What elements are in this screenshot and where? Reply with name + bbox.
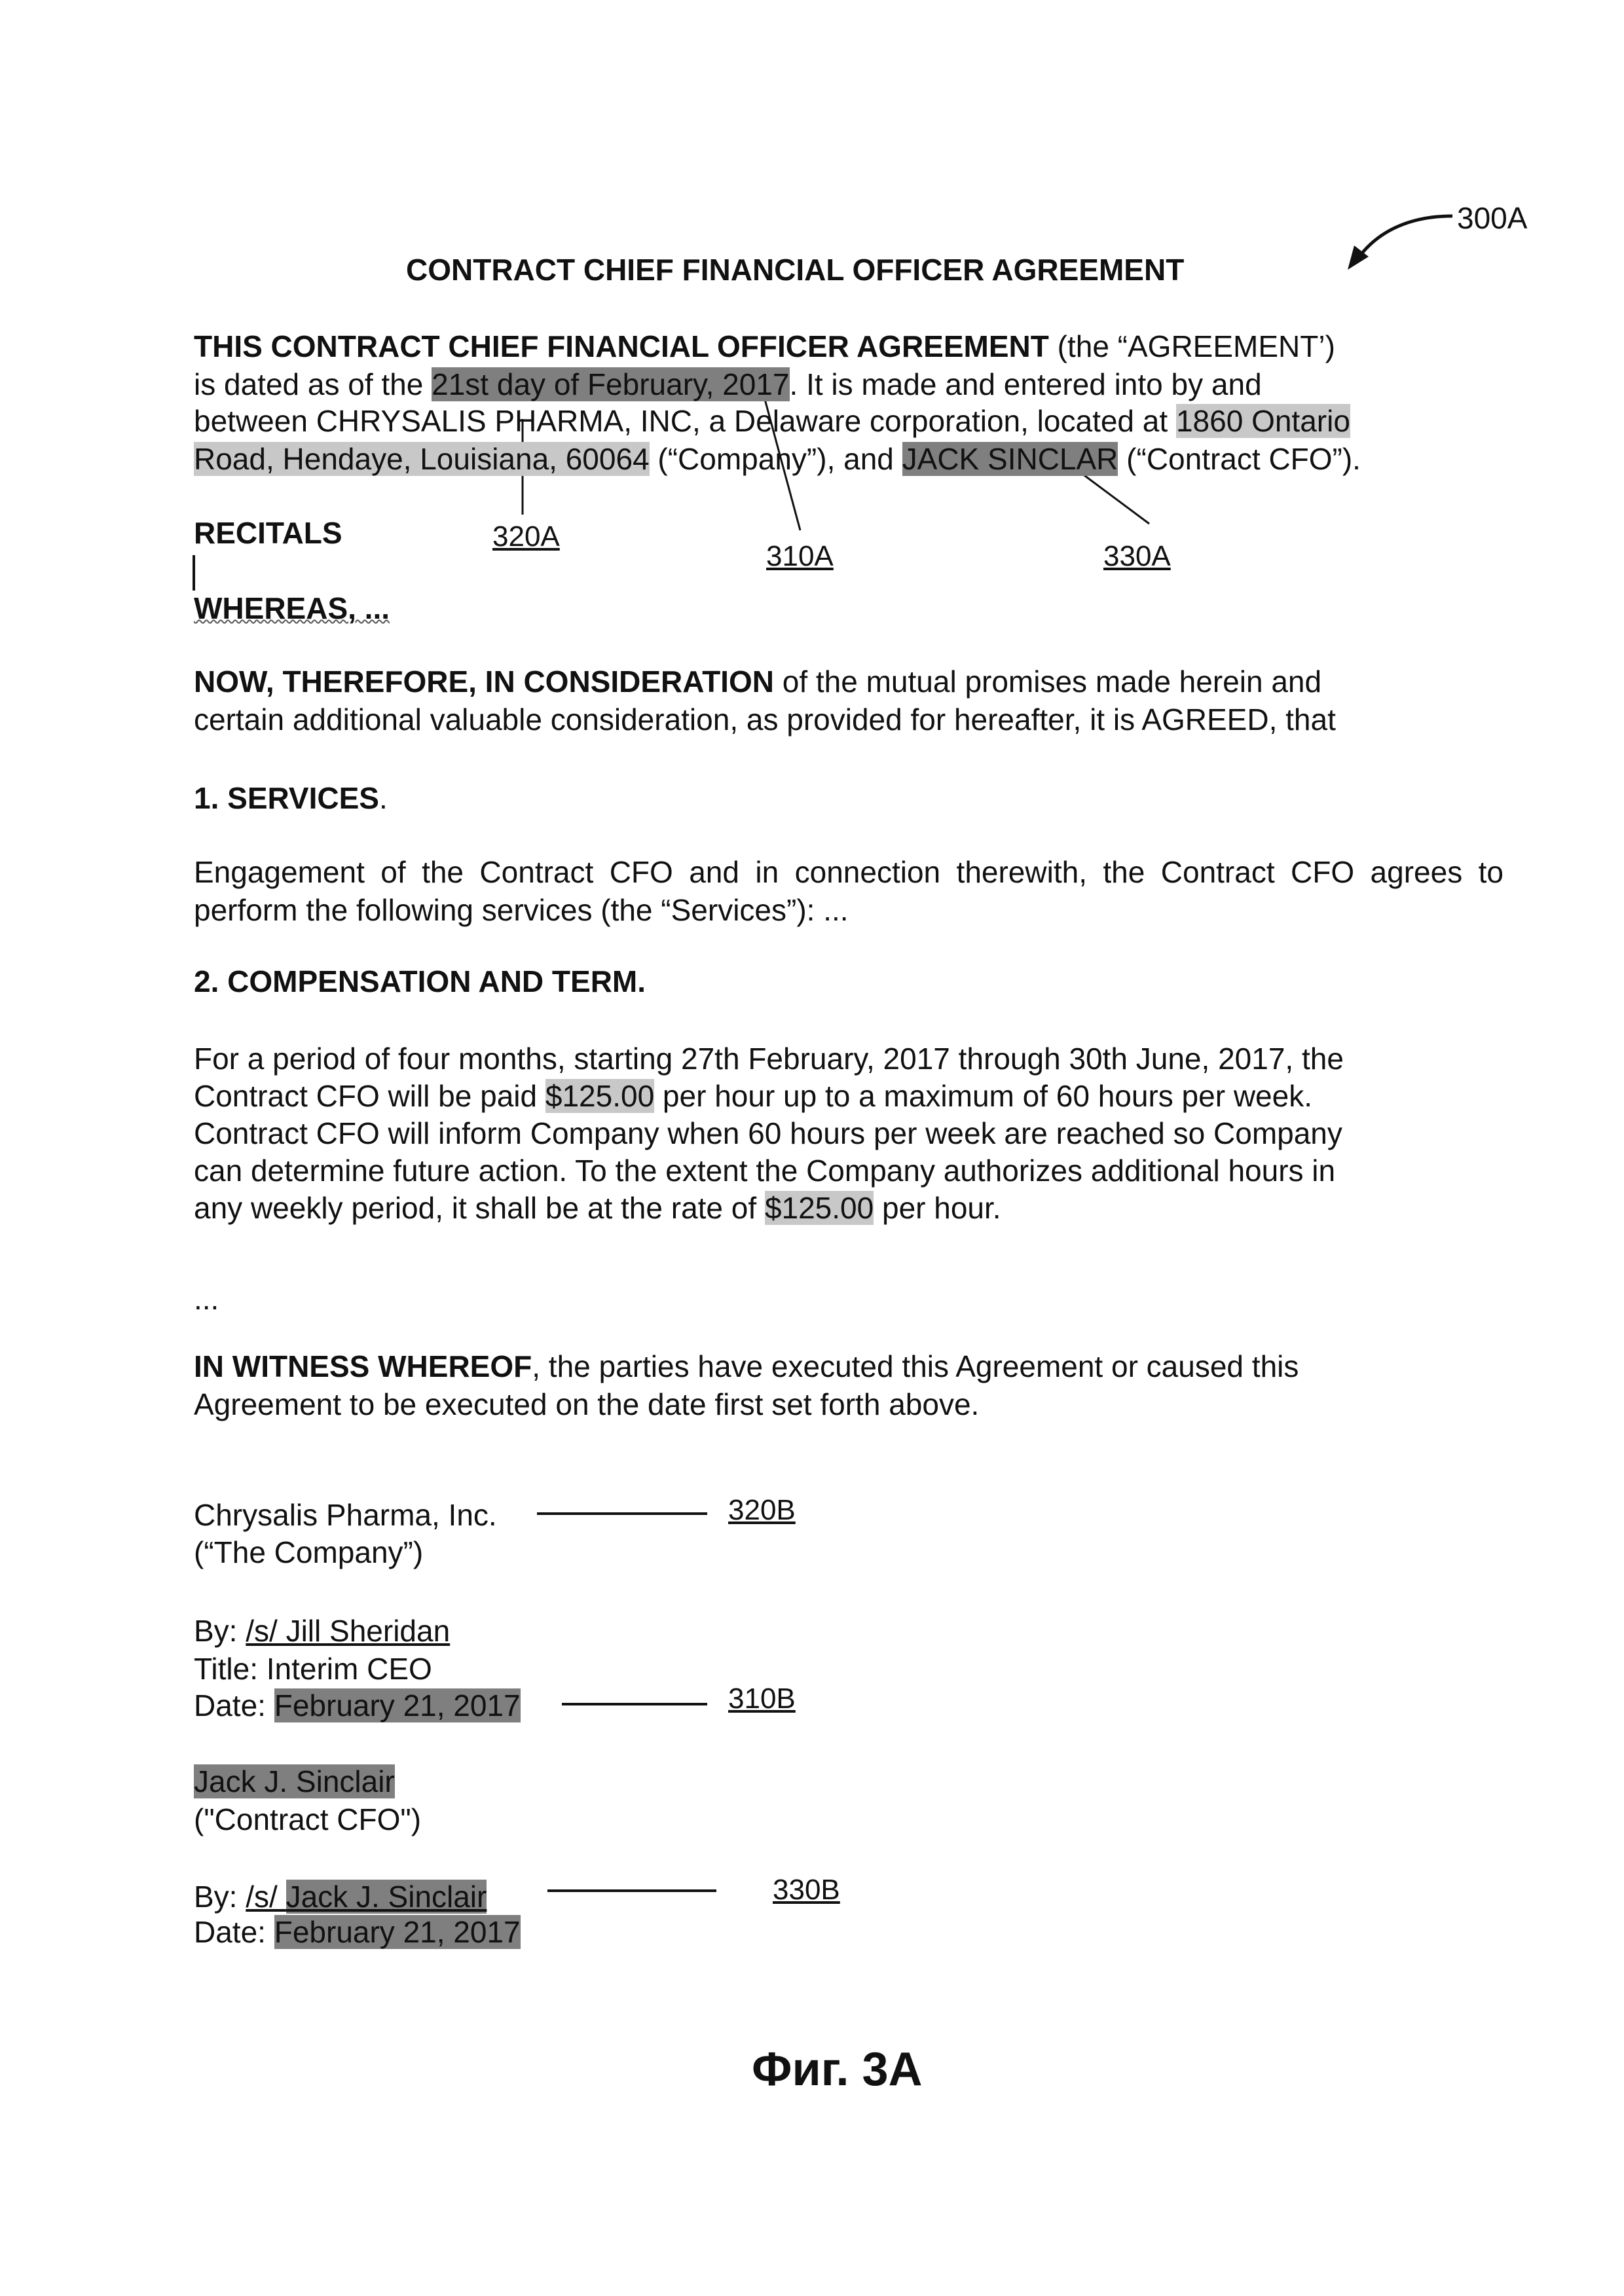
witness-line-1: IN WITNESS WHEREOF, the parties have exe… [194,1347,1299,1385]
consideration-line-2: certain additional valuable consideratio… [194,701,1336,738]
intro-line4-post: (“Contract CFO”). [1118,442,1361,476]
section-1-heading-suffix: . [379,781,388,815]
intro-after-lead: (the “AGREEMENT’) [1049,329,1335,363]
intro-line2-post: . It is made and entered into by and [790,367,1262,401]
witness-bold-lead: IN WITNESS WHEREOF [194,1349,532,1383]
intro-line2-pre: is dated as of the [194,367,432,401]
section-2-line-1: For a period of four months, starting 27… [194,1040,1344,1078]
company-by-label: By: [194,1614,246,1648]
callout-line-310b [562,1703,707,1705]
intro-line4-mid: (“Company”), and [650,442,902,476]
hourly-rate-highlight: $125.00 [545,1079,654,1113]
company-signatory-title: Title: Interim CEO [194,1650,432,1688]
section-2-line-2: Contract CFO will be paid $125.00 per ho… [194,1077,1312,1115]
recitals-heading: RECITALS [194,514,342,552]
section-1-body: Engagement of the Contract CFO and in co… [194,853,1504,929]
cfo-signatory-highlight: Jack J. Sinclair [286,1880,487,1914]
consideration-bold-lead: NOW, THEREFORE, IN CONSIDERATION [194,665,774,699]
company-name: Chrysalis Pharma, Inc. [194,1496,497,1534]
section-2-line2-post: per hour up to a maximum of 60 hours per… [654,1079,1312,1113]
contractor-name-highlight: JACK SINCLAR [902,442,1118,476]
callout-320a: 320A [492,520,560,553]
figure-caption: Фиг. 3A [752,2043,923,2096]
cfo-signing-date-highlight: February 21, 2017 [274,1915,521,1949]
intro-bold-lead: THIS CONTRACT CHIEF FINANCIAL OFFICER AG… [194,329,1049,363]
cfo-signature-prefix: /s/ [246,1880,286,1914]
section-2-line-4: can determine future action. To the exte… [194,1152,1335,1190]
intro-line-1: THIS CONTRACT CHIEF FINANCIAL OFFICER AG… [194,327,1335,365]
cfo-date-line: Date: February 21, 2017 [194,1913,521,1951]
section-2-line2-pre: Contract CFO will be paid [194,1079,545,1113]
agreement-date-highlight: 21st day of February, 2017 [432,367,789,401]
address-highlight-part2: Road, Hendaye, Louisiana, 60064 [194,442,650,476]
callout-320b: 320B [728,1494,796,1527]
company-signature-line: By: /s/ Jill Sheridan [194,1612,450,1650]
company-signing-date-highlight: February 21, 2017 [274,1688,521,1722]
callout-330b: 330B [773,1874,840,1906]
callout-330a: 330A [1103,540,1171,573]
cfo-signature-line: By: /s/ Jack J. Sinclair [194,1878,487,1916]
consideration-line-1: NOW, THEREFORE, IN CONSIDERATION of the … [194,663,1321,701]
intro-line-2: is dated as of the 21st day of February,… [194,365,1262,403]
cfo-date-label: Date: [194,1915,274,1949]
company-date-label: Date: [194,1688,274,1722]
cfo-by-label: By: [194,1880,246,1914]
company-date-line: Date: February 21, 2017 [194,1686,521,1724]
intro-line-4: Road, Hendaye, Louisiana, 60064 (“Compan… [194,440,1361,478]
callout-310b: 310B [728,1683,796,1715]
callout-line-320b [537,1512,707,1515]
witness-line-2: Agreement to be executed on the date fir… [194,1385,979,1423]
company-signatory: /s/ Jill Sheridan [246,1614,450,1648]
witness-line1-rest: , the parties have executed this Agreeme… [532,1349,1299,1383]
section-2-line5-post: per hour. [874,1191,1001,1225]
cfo-name-highlight: Jack J. Sinclair [194,1764,395,1798]
whereas-clause: WHEREAS, ... [194,589,390,627]
intro-line-3: between CHRYSALIS PHARMA, INC, a Delawar… [194,402,1350,440]
document-title: CONTRACT CHIEF FINANCIAL OFFICER AGREEME… [406,252,1184,287]
section-2-line5-pre: any weekly period, it shall be at the ra… [194,1191,765,1225]
figure-reference-label: 300A [1457,200,1527,236]
callout-310a: 310A [766,540,834,573]
section-2-line-5: any weekly period, it shall be at the ra… [194,1189,1001,1227]
cfo-name-line: Jack J. Sinclair [194,1762,395,1800]
section-1-heading-text: 1. SERVICES [194,781,379,815]
callout-line-330b [547,1889,716,1892]
omission-ellipsis: ... [194,1280,219,1318]
intro-line3-pre: between CHRYSALIS PHARMA, INC, a Delawar… [194,404,1176,438]
additional-rate-highlight: $125.00 [765,1191,874,1225]
company-alias: (“The Company”) [194,1533,423,1571]
section-2-line-3: Contract CFO will inform Company when 60… [194,1114,1342,1152]
cfo-alias: ("Contract CFO") [194,1800,421,1838]
consideration-line1-rest: of the mutual promises made herein and [774,665,1321,699]
section-1-heading: 1. SERVICES. [194,779,388,817]
section-2-heading: 2. COMPENSATION AND TERM. [194,962,646,1000]
cfo-signature: /s/ Jack J. Sinclair [246,1880,487,1914]
address-highlight-part1: 1860 Ontario [1176,404,1350,438]
